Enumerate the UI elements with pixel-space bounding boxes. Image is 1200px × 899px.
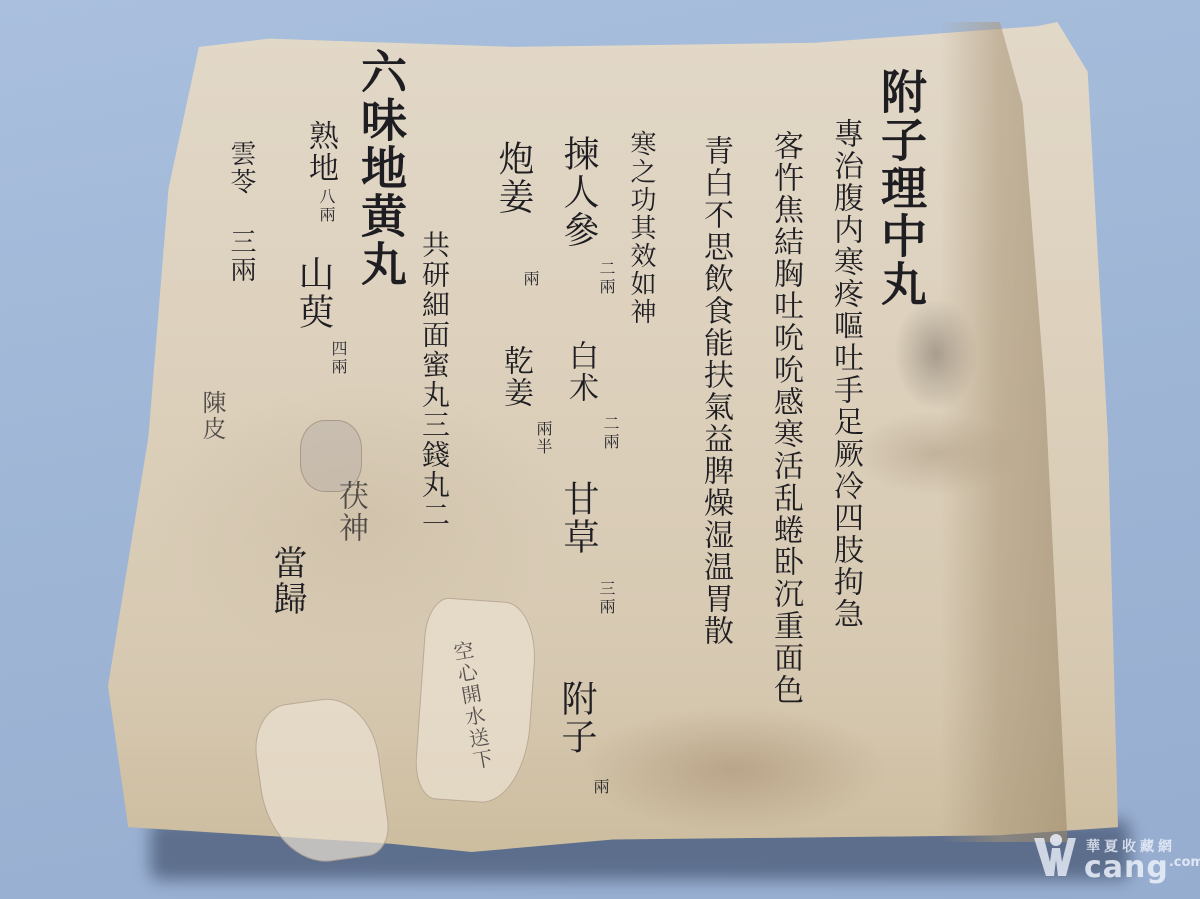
marginal-note: 雲苓 三兩 [228,140,254,284]
cang-watermark: 華夏收藏網 cang.com [1028,828,1198,888]
recipe-title-fuzi-lizhong: 附子理中丸 [878,68,924,308]
marginal-note: 陳皮 [200,390,224,442]
watermark-latin: cang.com [1084,850,1200,885]
ingredient-dose: 二兩 [602,415,618,451]
ingredient-dose: 四兩 [330,340,346,376]
recipe-title-liuwei-dihuang: 六味地黄丸 [358,48,404,288]
cang-logo-icon [1032,832,1076,878]
ingredient-name: 山萸 [295,255,331,331]
marginal-note: 茯神 [335,480,365,544]
ingredient-dose: 八兩 [318,188,334,224]
recipe-text-line: 專治腹内寒疼嘔吐手足厥冷四肢拘急 [830,118,860,630]
ingredient-name: 附子 [558,680,594,756]
ingredient-name: 甘草 [560,480,596,556]
ingredient-dose: 兩 [522,270,538,288]
ingredient-dose: 兩 [592,778,608,796]
ingredient-name: 揀人參 [560,135,596,249]
marginal-note: 當歸 [270,545,304,617]
recipe-text-line: 客忤焦結胸吐吮吮感寒活乱蜷卧沉重面色 [770,130,800,706]
ingredient-name: 熟地 [305,120,335,184]
ingredient-dose: 兩半 [535,420,551,456]
ingredient-dose: 二兩 [598,260,614,296]
recipe-text-line: 青白不思飲食能扶氣益脾燥湿温胃散 [700,135,730,647]
preparation-instructions: 共研細面蜜丸三錢丸二 [420,230,448,530]
ingredient-name: 乾姜 [500,345,530,409]
ingredient-name: 白术 [565,340,595,404]
ingredient-dose: 三兩 [598,580,614,616]
recipe-text-line: 寒之功其效如神 [628,130,654,326]
ingredient-name: 炮姜 [495,140,531,216]
